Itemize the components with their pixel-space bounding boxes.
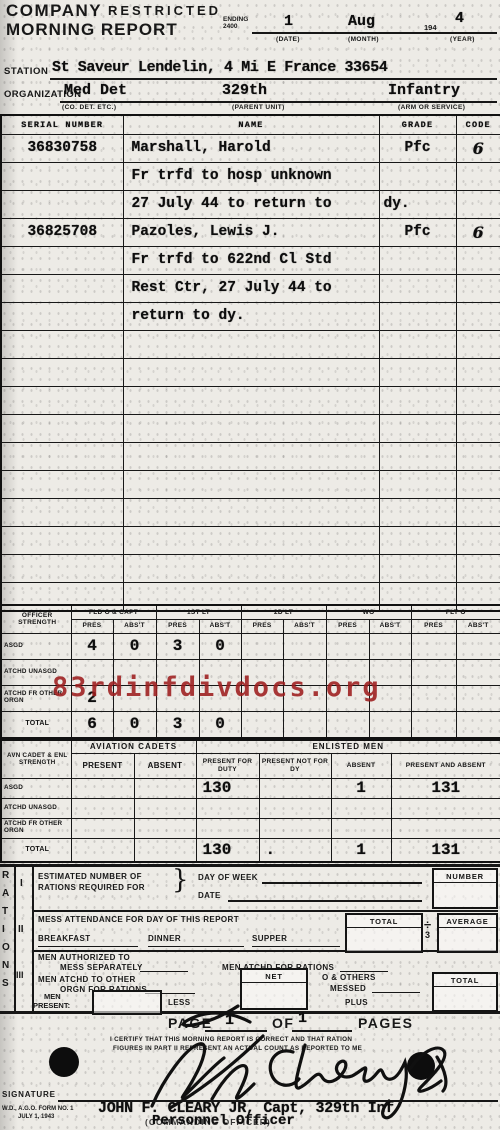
table-cell [1, 246, 123, 274]
section-numeral-1: I [20, 878, 23, 889]
punch-hole-left [49, 1047, 79, 1077]
static-mark: SERIAL NUMBER NAME GRADE CODE 36830758Ma… [1, 115, 500, 611]
table-cell [456, 498, 500, 526]
table-cell [456, 162, 500, 190]
date-underline [252, 32, 497, 34]
strength-row-total: TOTAL 130 . 1 131 [1, 838, 500, 862]
date-field-label: DATE [198, 891, 221, 900]
supper-label: SUPPER [252, 934, 287, 943]
table-cell: 3 [156, 711, 199, 738]
col-code: CODE [456, 115, 500, 134]
group-aviation-cadets: AVIATION CADETS [71, 740, 196, 753]
roster-row-blank [1, 554, 500, 582]
table-cell [456, 633, 500, 659]
brace-glyph: } [172, 865, 189, 895]
col-present-for-duty: PRESENT FOR DUTY [196, 753, 259, 778]
table-cell [1, 302, 123, 330]
table-cell [134, 798, 196, 818]
table-cell [123, 414, 379, 442]
static-mark [38, 946, 138, 947]
static-mark [32, 866, 34, 1011]
table-cell [196, 798, 259, 818]
roster-row-blank [1, 358, 500, 386]
subhead-abst: ABS'T [199, 619, 241, 633]
rations-section: R A T I O N S I II III ESTIMATED NUMBER … [0, 866, 500, 1013]
roster-row-blank [1, 442, 500, 470]
table-cell [123, 554, 379, 582]
rations-i-line1: ESTIMATED NUMBER OF [38, 872, 142, 881]
static-mark: AVN CADET & ENL STRENGTH AVIATION CADETS… [1, 740, 500, 862]
section-numeral-2: II [18, 924, 24, 935]
table-cell: 1 [331, 838, 391, 862]
static-mark [32, 950, 498, 952]
org-caption-unit: (CO. DET. ETC.) [62, 104, 116, 111]
table-cell [456, 659, 500, 685]
table-cell [71, 838, 134, 862]
table-cell [123, 386, 379, 414]
table-cell: 1 [331, 778, 391, 798]
table-cell [456, 470, 500, 498]
static-mark: PRESENT ABSENT PRESENT FOR DUTY PRESENT … [1, 753, 500, 778]
table-cell [1, 358, 123, 386]
static-mark: O [2, 942, 10, 953]
table-cell [456, 358, 500, 386]
col-grade: GRADE [379, 115, 456, 134]
mess-separately-label: MESS SEPARATELY [60, 963, 143, 972]
table-cell: TOTAL [1, 838, 71, 862]
table-cell [1, 162, 123, 190]
table-cell [456, 246, 500, 274]
form-number-line1: W.D., A.G.O. FORM NO. 1 [2, 1106, 73, 1112]
report-year: 4 [455, 10, 464, 27]
table-cell [456, 442, 500, 470]
table-cell [259, 778, 331, 798]
table-cell: ASGD [1, 633, 71, 659]
officer-corner-label: OFFICER STRENGTH [1, 605, 71, 633]
roster-row: 36825708Pazoles, Lewis J.Pfc6 [1, 218, 500, 246]
subhead-pres: PRES [326, 619, 369, 633]
table-cell [1, 554, 123, 582]
static-mark: SERIAL NUMBER NAME GRADE CODE [1, 115, 500, 134]
form-title-line2: MORNING REPORT [6, 20, 178, 40]
table-cell [123, 330, 379, 358]
static-mark [14, 866, 16, 1011]
table-cell [379, 274, 456, 302]
section-numeral-3: III [16, 970, 24, 980]
officer-row-asgd: ASGD 40 30 [1, 633, 500, 659]
table-cell [456, 526, 500, 554]
table-cell [123, 358, 379, 386]
table-cell: 130 [196, 838, 259, 862]
group-wo: WO [326, 605, 411, 619]
static-mark [0, 864, 500, 867]
col-cadets-absent: ABSENT [134, 753, 196, 778]
table-cell [379, 386, 456, 414]
static-mark: TOTAL [434, 974, 496, 987]
table-cell: 36830758 [1, 134, 123, 162]
col-cadets-present: PRESENT [71, 753, 134, 778]
strength-row-asgd: ASGD 130 1 131 [1, 778, 500, 798]
table-cell [391, 818, 500, 838]
table-cell [134, 778, 196, 798]
table-cell [283, 711, 326, 738]
table-cell: . [259, 838, 331, 862]
table-cell [456, 386, 500, 414]
table-cell: 6 [71, 711, 113, 738]
subhead-pres: PRES [156, 619, 199, 633]
signed-title: Personnel Officer [152, 1113, 295, 1129]
table-cell [411, 633, 456, 659]
table-cell: Fr trfd to 622nd Cl Std [123, 246, 379, 274]
group-1st-lt: 1ST LT [156, 605, 241, 619]
table-cell: 0 [199, 711, 241, 738]
table-cell [411, 659, 456, 685]
table-cell [1, 386, 123, 414]
static-mark: AVERAGE [439, 915, 496, 928]
roster-row-blank [1, 414, 500, 442]
table-cell [1, 414, 123, 442]
group-flt-o: FLT O [411, 605, 500, 619]
strength-row-atchd-unasgd: ATCHD UNASGD [1, 798, 500, 818]
table-cell: ATCHD FR OTHER ORGN [1, 818, 71, 838]
men-authorized-label: MEN AUTHORIZED TO [38, 953, 130, 962]
table-cell: Rest Ctr, 27 July 44 to [123, 274, 379, 302]
table-cell [369, 633, 411, 659]
table-cell [379, 554, 456, 582]
messed-label: MESSED [330, 984, 366, 993]
static-mark [262, 882, 422, 884]
static-mark: OFFICER STRENGTH FLD O & CAPT 1ST LT 2D … [1, 605, 500, 619]
table-cell [379, 330, 456, 358]
roster-row-blank [1, 386, 500, 414]
table-cell [379, 442, 456, 470]
table-cell: 6 [456, 218, 500, 246]
subhead-abst: ABS'T [283, 619, 326, 633]
table-cell [241, 633, 283, 659]
table-cell: 0 [113, 711, 156, 738]
subhead-abst: ABS'T [369, 619, 411, 633]
table-cell [391, 798, 500, 818]
table-cell [196, 818, 259, 838]
static-mark: S [2, 978, 10, 989]
table-cell [1, 274, 123, 302]
static-mark [32, 910, 498, 912]
month-caption: (MONTH) [348, 36, 379, 43]
table-cell: TOTAL [1, 711, 71, 738]
table-cell [123, 526, 379, 554]
table-cell [326, 633, 369, 659]
report-month: Aug [348, 13, 375, 30]
static-mark: AVN CADET & ENL STRENGTH AVIATION CADETS… [1, 740, 500, 753]
static-mark [183, 1006, 250, 1026]
signature-label: SIGNATURE [2, 1090, 56, 1099]
static-mark: I [2, 924, 10, 935]
table-cell [259, 818, 331, 838]
table-cell: Fr trfd to hosp unknown [123, 162, 379, 190]
col-present-not-for-dy: PRESENT NOT FOR DY [259, 753, 331, 778]
table-cell: 0 [199, 633, 241, 659]
subhead-abst: ABS'T [113, 619, 156, 633]
group-enlisted-men: ENLISTED MEN [196, 740, 500, 753]
roster-row: Fr trfd to hosp unknown [1, 162, 500, 190]
table-cell: 0 [113, 633, 156, 659]
table-cell [71, 818, 134, 838]
table-cell [123, 442, 379, 470]
org-unit-value: Med Det [64, 82, 127, 99]
table-cell [134, 838, 196, 862]
roster-row: return to dy. [1, 302, 500, 330]
table-cell [379, 470, 456, 498]
average-box: AVERAGE [437, 913, 498, 953]
table-cell: 131 [391, 838, 500, 862]
station-value: St Saveur Lendelin, 4 Mi E France 33654 [52, 59, 387, 76]
table-cell [326, 711, 369, 738]
mess-total-box: TOTAL [345, 913, 423, 953]
date-caption: (DATE) [276, 36, 300, 43]
group-fldo-capt: FLD O & CAPT [71, 605, 156, 619]
roster-row: 27 July 44 to return tody. [1, 190, 500, 218]
col-name: NAME [123, 115, 379, 134]
year-caption: (YEAR) [450, 36, 475, 43]
form-title-line1: COMPANY [6, 1, 102, 21]
table-cell [379, 162, 456, 190]
table-cell: Marshall, Harold [123, 134, 379, 162]
table-cell: Pfc [379, 218, 456, 246]
subhead-pres: PRES [241, 619, 283, 633]
static-mark: T [2, 906, 10, 917]
ending-label: ENDING [223, 16, 248, 23]
table-cell [369, 711, 411, 738]
table-cell [456, 554, 500, 582]
table-cell: 36825708 [1, 218, 123, 246]
table-cell: Pfc [379, 134, 456, 162]
mess-attendance-title: MESS ATTENDANCE FOR DAY OF THIS REPORT [38, 915, 239, 924]
static-mark [228, 900, 422, 902]
table-cell [379, 246, 456, 274]
table-cell [1, 526, 123, 554]
table-cell [1, 470, 123, 498]
table-cell [1, 442, 123, 470]
static-mark: TOTAL [347, 915, 421, 928]
group-2d-lt: 2D LT [241, 605, 326, 619]
org-parent-value: 329th [222, 82, 267, 99]
table-cell [411, 711, 456, 738]
roster-row-blank [1, 526, 500, 554]
table-cell [456, 330, 500, 358]
table-cell: Pazoles, Lewis J. [123, 218, 379, 246]
table-cell: 4 [71, 633, 113, 659]
station-underline [50, 78, 497, 80]
table-cell: 6 [456, 134, 500, 162]
enlisted-strength-table: AVN CADET & ENL STRENGTH AVIATION CADETS… [0, 739, 500, 863]
col-en-absent: ABSENT [331, 753, 391, 778]
table-cell [379, 498, 456, 526]
strength-row-atchd-fr-other: ATCHD FR OTHER ORGN [1, 818, 500, 838]
table-cell [379, 414, 456, 442]
table-cell: ATCHD UNASGD [1, 798, 71, 818]
table-cell [456, 190, 500, 218]
col-present-and-absent: PRESENT AND ABSENT [391, 753, 500, 778]
table-cell [1, 190, 123, 218]
watermark: 83rdinfdivdocs.org [52, 672, 381, 703]
table-cell [1, 498, 123, 526]
table-cell [331, 818, 391, 838]
table-cell [456, 302, 500, 330]
station-label: STATION [4, 66, 48, 77]
org-arm-value: Infantry [388, 82, 460, 99]
table-cell [456, 711, 500, 738]
static-mark: NET [242, 970, 306, 983]
rations-vertical-label: R A T I O N S [2, 870, 10, 989]
roster-row-blank [1, 330, 500, 358]
report-date: 1 [284, 13, 293, 30]
table-cell [456, 274, 500, 302]
static-mark [212, 1066, 254, 1099]
static-mark: N [2, 960, 10, 971]
men-atchd-other-label: MEN ATCHD TO OTHER [38, 975, 136, 984]
table-cell: ASGD [1, 778, 71, 798]
subhead-pres: PRES [71, 619, 113, 633]
roster-row: 36830758Marshall, HaroldPfc6 [1, 134, 500, 162]
table-cell [71, 778, 134, 798]
static-mark [148, 946, 244, 947]
org-caption-parent: (PARENT UNIT) [232, 104, 285, 111]
officer-row-total: TOTAL 60 30 [1, 711, 500, 738]
org-caption-arm: (ARM OR SERVICE) [398, 104, 465, 111]
year-printed: 194 [424, 23, 437, 32]
table-cell [331, 798, 391, 818]
rations-i-line2: RATIONS REQUIRED FOR [38, 883, 145, 892]
morning-report-document: COMPANY MORNING REPORT RESTRICTED ENDING… [0, 0, 500, 1130]
subhead-pres: PRES [411, 619, 456, 633]
static-mark [252, 946, 340, 947]
table-cell [456, 414, 500, 442]
table-cell [411, 685, 456, 711]
table-cell: dy. [379, 190, 456, 218]
roster-row-blank [1, 498, 500, 526]
ending-time: 2400 [223, 23, 237, 30]
col-serial-number: SERIAL NUMBER [1, 115, 123, 134]
roster-row-blank [1, 470, 500, 498]
table-cell [379, 358, 456, 386]
org-underline [60, 101, 497, 103]
static-mark [270, 1051, 299, 1085]
roster-table: SERIAL NUMBER NAME GRADE CODE 36830758Ma… [0, 114, 500, 612]
strength-corner-label: AVN CADET & ENL STRENGTH [1, 740, 71, 778]
static-mark: A [2, 888, 10, 899]
o-and-others-label: O & OTHERS [322, 973, 376, 982]
table-cell [71, 798, 134, 818]
table-cell: 27 July 44 to return to [123, 190, 379, 218]
restricted-stamp: RESTRICTED [108, 3, 221, 18]
table-cell [456, 685, 500, 711]
table-cell: 131 [391, 778, 500, 798]
table-cell [379, 526, 456, 554]
static-mark: R [2, 870, 10, 881]
table-cell [1, 330, 123, 358]
table-cell: 3 [156, 633, 199, 659]
roster-row: Rest Ctr, 27 July 44 to [1, 274, 500, 302]
roster-row: Fr trfd to 622nd Cl Std [1, 246, 500, 274]
breakfast-label: BREAKFAST [38, 934, 91, 943]
table-cell [123, 470, 379, 498]
static-mark [372, 992, 420, 993]
form-number-line2: JULY 1, 1943 [18, 1114, 54, 1120]
table-cell [283, 633, 326, 659]
subhead-abst: ABS'T [456, 619, 500, 633]
static-mark [140, 971, 188, 972]
table-cell [379, 302, 456, 330]
table-cell: return to dy. [123, 302, 379, 330]
day-of-week-label: DAY OF WEEK [198, 873, 258, 882]
static-mark: NUMBER [434, 870, 496, 883]
table-cell [123, 498, 379, 526]
table-cell [259, 798, 331, 818]
table-cell [134, 818, 196, 838]
dinner-label: DINNER [148, 934, 181, 943]
table-cell: 130 [196, 778, 259, 798]
divisor-three: 3 [425, 930, 430, 940]
number-box: NUMBER [432, 868, 498, 909]
table-cell [241, 711, 283, 738]
static-mark [437, 1057, 446, 1091]
static-mark: PRESABS'T PRESABS'T PRESABS'T PRESABS'T … [1, 619, 500, 633]
